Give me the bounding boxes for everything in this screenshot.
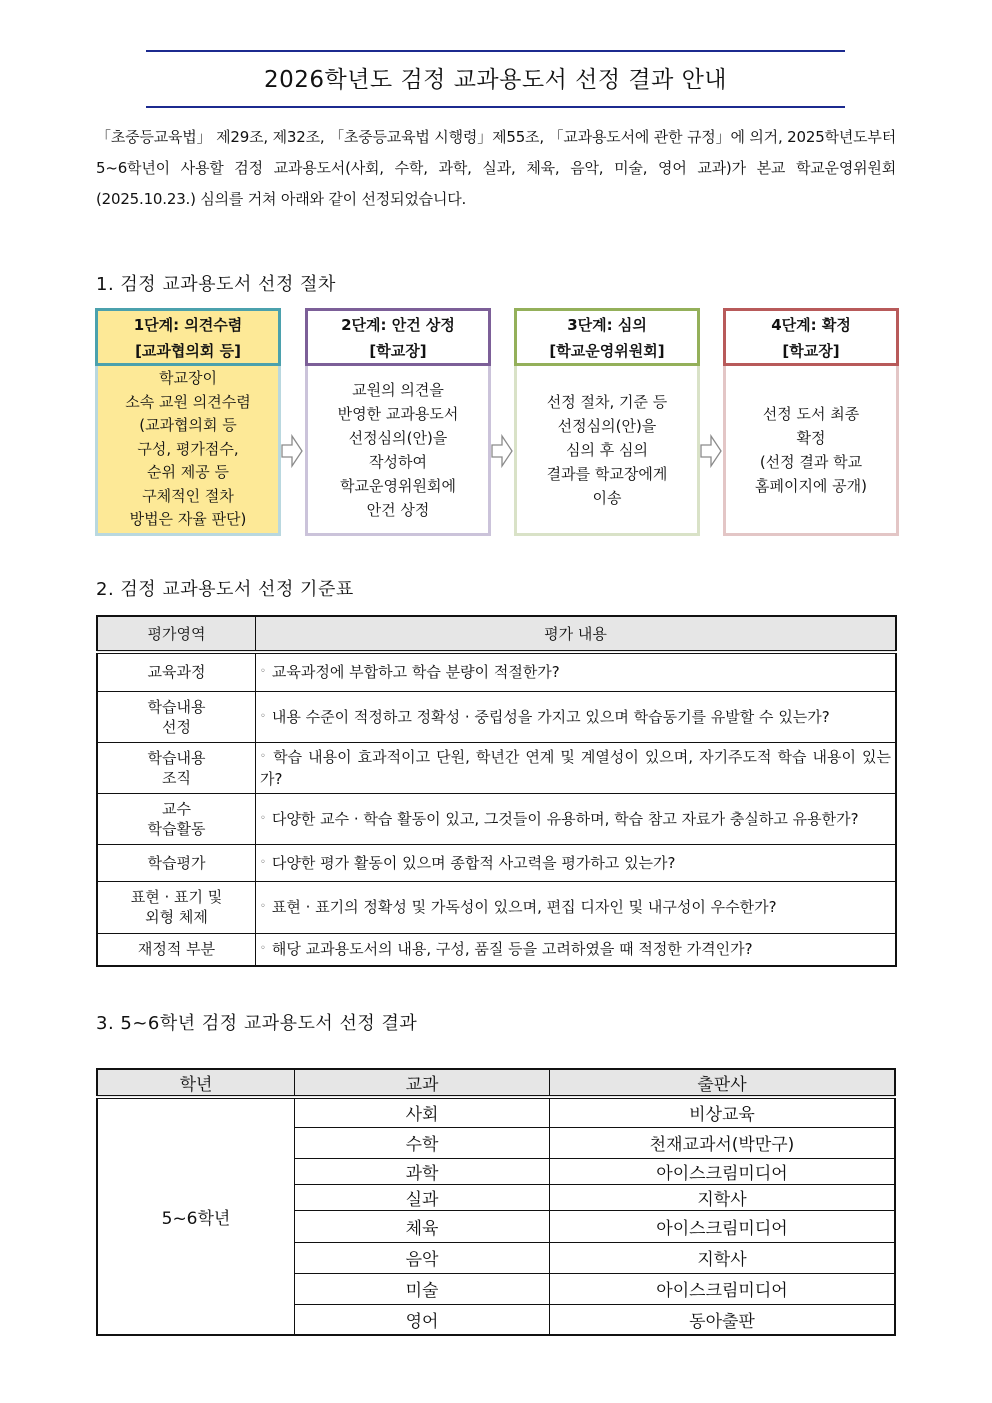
table-row: 5~6학년 사회 비상교육 [97,1097,895,1127]
subject-cell: 사회 [295,1097,550,1127]
criteria-area: 재정적 부분 [97,933,256,966]
results-header-row: 학년 교과 출판사 [97,1069,895,1097]
step-2-header: 2단계: 안건 상정 [학교장] [305,308,491,366]
criteria-area: 학습평가 [97,844,256,881]
subject-cell: 실과 [295,1184,550,1210]
title-rule-bottom [146,106,845,108]
criteria-text: 해당 교과용도서의 내용, 구성, 품질 등을 고려하였을 때 적정한 가격인가… [272,940,753,958]
results-header-grade: 학년 [97,1069,295,1097]
criteria-header-content: 평가 내용 [256,616,897,652]
publisher-cell: 지학사 [550,1242,896,1273]
criteria-text: 학습 내용이 효과적이고 단원, 학년간 연계 및 계열성이 있으며, 자기주도… [260,748,891,788]
subject-cell: 수학 [295,1127,550,1158]
criteria-header-area: 평가영역 [97,616,256,652]
criteria-text: 내용 수준이 적정하고 정확성 · 중립성을 가지고 있으며 학습동기를 유발할… [272,708,830,726]
arrow-right-icon [700,434,722,468]
arrow-right-icon [491,434,513,468]
subject-cell: 영어 [295,1304,550,1335]
publisher-cell: 아이스크림미디어 [550,1273,896,1304]
bullet-icon: ◦ [260,666,266,677]
step-3-body: 선정 절차, 기준 등 선정심의(안)을 심의 후 심의 결과를 학교장에게 이… [514,366,700,536]
publisher-cell: 동아출판 [550,1304,896,1335]
bullet-icon: ◦ [260,901,266,912]
step-2-body: 교원의 의견을 반영한 교과용도서 선정심의(안)을 작성하여 학교운영위원회에… [305,366,491,536]
criteria-content: ◦내용 수준이 적정하고 정확성 · 중립성을 가지고 있으며 학습동기를 유발… [256,691,897,742]
step-4-description: 선정 도서 최종 확정 (선정 결과 학교 홈페이지에 공개) [755,402,867,498]
bullet-icon: ◦ [260,751,267,762]
publisher-cell: 비상교육 [550,1097,896,1127]
subject-cell: 체육 [295,1210,550,1242]
table-row: 표현 · 표기 및 외형 체제 ◦표현 · 표기의 정확성 및 가독성이 있으며… [97,881,896,933]
criteria-area: 교수 학습활동 [97,793,256,844]
step-4-body: 선정 도서 최종 확정 (선정 결과 학교 홈페이지에 공개) [723,366,899,536]
publisher-cell: 아이스크림미디어 [550,1210,896,1242]
criteria-area: 표현 · 표기 및 외형 체제 [97,881,256,933]
criteria-content: ◦다양한 교수 · 학습 활동이 있고, 그것들이 유용하며, 학습 참고 자료… [256,793,897,844]
subject-cell: 미술 [295,1273,550,1304]
step-3: 3단계: 심의 [학교운영위원회] 선정 절차, 기준 등 선정심의(안)을 심… [514,308,700,536]
step-2-owner: [학교장] [308,338,488,364]
criteria-area: 학습내용 선정 [97,691,256,742]
step-1-owner: [교과협의회 등] [98,338,278,364]
criteria-table: 평가영역 평가 내용 교육과정 ◦교육과정에 부합하고 학습 분량이 적절한가?… [96,615,897,967]
results-table: 학년 교과 출판사 5~6학년 사회 비상교육 수학 천재교과서(박만구) 과학… [96,1068,896,1336]
criteria-text: 표현 · 표기의 정확성 및 가독성이 있으며, 편집 디자인 및 내구성이 우… [272,898,777,916]
step-4: 4단계: 확정 [학교장] 선정 도서 최종 확정 (선정 결과 학교 홈페이지… [723,308,899,536]
page-title: 2026학년도 검정 교과용도서 선정 결과 안내 [146,60,845,100]
criteria-text: 교육과정에 부합하고 학습 분량이 적절한가? [272,663,560,681]
results-header-subject: 교과 [295,1069,550,1097]
step-4-header: 4단계: 확정 [학교장] [723,308,899,366]
publisher-cell: 천재교과서(박만구) [550,1127,896,1158]
step-4-title: 4단계: 확정 [726,312,896,338]
intro-paragraph: 「초중등교육법」 제29조, 제32조, 「초중등교육법 시행령」제55조, 「… [96,122,896,215]
criteria-content: ◦해당 교과용도서의 내용, 구성, 품질 등을 고려하였을 때 적정한 가격인… [256,933,897,966]
step-1-description: 학교장이 소속 교원 의견수렴 (교과협의회 등 구성, 평가점수, 순위 제공… [125,367,250,532]
step-1: 1단계: 의견수렴 [교과협의회 등] 학교장이 소속 교원 의견수렴 (교과협… [95,308,281,536]
criteria-content: ◦교육과정에 부합하고 학습 분량이 적절한가? [256,652,897,691]
criteria-header-row: 평가영역 평가 내용 [97,616,896,652]
table-row: 학습평가 ◦다양한 평가 활동이 있으며 종합적 사고력을 평가하고 있는가? [97,844,896,881]
results-header-publisher: 출판사 [550,1069,896,1097]
bullet-icon: ◦ [260,857,266,868]
step-1-header: 1단계: 의견수렴 [교과협의회 등] [95,308,281,366]
criteria-content: ◦학습 내용이 효과적이고 단원, 학년간 연계 및 계열성이 있으며, 자기주… [256,742,897,793]
step-2-description: 교원의 의견을 반영한 교과용도서 선정심의(안)을 작성하여 학교운영위원회에… [338,378,459,522]
table-row: 학습내용 선정 ◦내용 수준이 적정하고 정확성 · 중립성을 가지고 있으며 … [97,691,896,742]
table-row: 학습내용 조직 ◦학습 내용이 효과적이고 단원, 학년간 연계 및 계열성이 … [97,742,896,793]
section-1-title: 1. 검정 교과용도서 선정 절차 [96,273,336,297]
table-row: 교육과정 ◦교육과정에 부합하고 학습 분량이 적절한가? [97,652,896,691]
step-3-owner: [학교운영위원회] [517,338,697,364]
step-1-body: 학교장이 소속 교원 의견수렴 (교과협의회 등 구성, 평가점수, 순위 제공… [95,366,281,536]
step-3-header: 3단계: 심의 [학교운영위원회] [514,308,700,366]
publisher-cell: 아이스크림미디어 [550,1158,896,1184]
step-2-title: 2단계: 안건 상정 [308,312,488,338]
criteria-area: 교육과정 [97,652,256,691]
criteria-text: 다양한 평가 활동이 있으며 종합적 사고력을 평가하고 있는가? [272,854,676,872]
subject-cell: 과학 [295,1158,550,1184]
criteria-content: ◦다양한 평가 활동이 있으며 종합적 사고력을 평가하고 있는가? [256,844,897,881]
table-row: 교수 학습활동 ◦다양한 교수 · 학습 활동이 있고, 그것들이 유용하며, … [97,793,896,844]
bullet-icon: ◦ [260,711,266,722]
subject-cell: 음악 [295,1242,550,1273]
table-row: 재정적 부분 ◦해당 교과용도서의 내용, 구성, 품질 등을 고려하였을 때 … [97,933,896,966]
criteria-text: 다양한 교수 · 학습 활동이 있고, 그것들이 유용하며, 학습 참고 자료가… [272,810,859,828]
bullet-icon: ◦ [260,813,266,824]
step-1-title: 1단계: 의견수렴 [98,312,278,338]
step-2: 2단계: 안건 상정 [학교장] 교원의 의견을 반영한 교과용도서 선정심의(… [305,308,491,536]
criteria-content: ◦표현 · 표기의 정확성 및 가독성이 있으며, 편집 디자인 및 내구성이 … [256,881,897,933]
bullet-icon: ◦ [260,943,266,954]
grade-cell: 5~6학년 [97,1097,295,1335]
title-rule-top [146,50,845,52]
criteria-area: 학습내용 조직 [97,742,256,793]
arrow-right-icon [281,434,303,468]
step-4-owner: [학교장] [726,338,896,364]
section-2-title: 2. 검정 교과용도서 선정 기준표 [96,578,354,602]
section-3-title: 3. 5~6학년 검정 교과용도서 선정 결과 [96,1012,417,1036]
step-3-description: 선정 절차, 기준 등 선정심의(안)을 심의 후 심의 결과를 학교장에게 이… [547,390,668,510]
step-3-title: 3단계: 심의 [517,312,697,338]
publisher-cell: 지학사 [550,1184,896,1210]
